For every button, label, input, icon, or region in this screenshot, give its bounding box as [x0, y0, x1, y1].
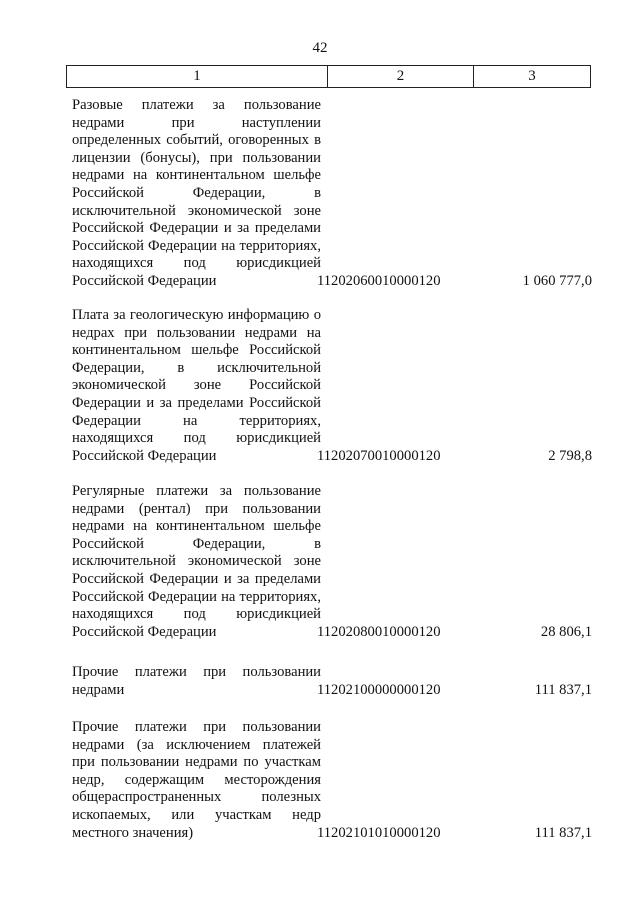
- row-description: Разовые платежи за пользование недрами п…: [72, 97, 321, 291]
- table-row: Регулярные платежи за пользование недрам…: [72, 483, 592, 641]
- column-header-1: 1: [67, 66, 328, 87]
- row-code: 11202080010000120: [317, 624, 441, 642]
- table-header: 1 2 3: [66, 65, 591, 88]
- row-amount: 28 806,1: [452, 624, 592, 642]
- row-code: 11202070010000120: [317, 448, 441, 466]
- row-code: 11202101010000120: [317, 825, 441, 843]
- row-description: Прочие платежи при пользовании недрами: [72, 664, 321, 699]
- table-row: Разовые платежи за пользование недрами п…: [72, 97, 592, 291]
- row-code: 11202100000000120: [317, 682, 441, 700]
- row-description: Регулярные платежи за пользование недрам…: [72, 483, 321, 641]
- row-amount: 111 837,1: [452, 682, 592, 700]
- column-header-3: 3: [474, 66, 590, 87]
- row-amount: 2 798,8: [452, 448, 592, 466]
- table-row: Прочие платежи при пользовании недрами 1…: [72, 664, 592, 699]
- row-amount: 111 837,1: [452, 825, 592, 843]
- column-header-2: 2: [328, 66, 474, 87]
- table-row: Плата за геологическую информацию о недр…: [72, 307, 592, 465]
- table-row: Прочие платежи при пользовании недрами (…: [72, 719, 592, 842]
- row-description: Плата за геологическую информацию о недр…: [72, 307, 321, 465]
- row-description: Прочие платежи при пользовании недрами (…: [72, 719, 321, 842]
- row-amount: 1 060 777,0: [452, 273, 592, 291]
- page-number: 42: [0, 40, 640, 57]
- row-code: 11202060010000120: [317, 273, 441, 291]
